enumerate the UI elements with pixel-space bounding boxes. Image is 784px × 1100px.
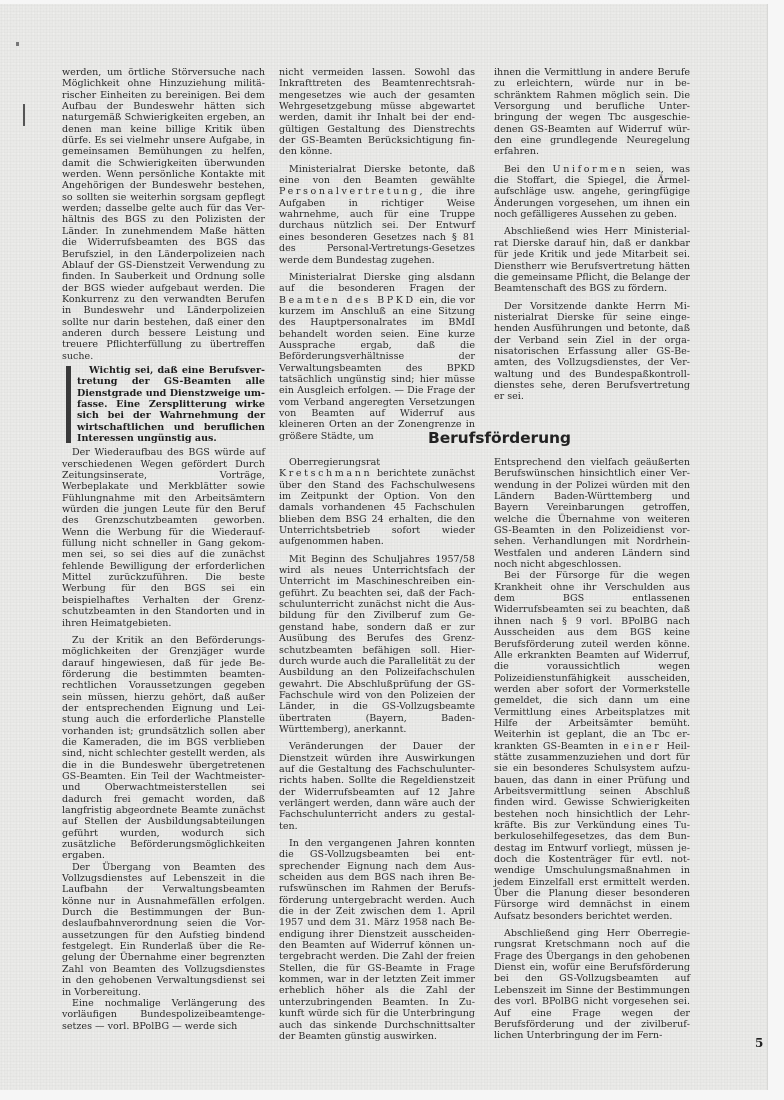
paragraph: nicht vermeiden lassen. Sowohl das Inkra… [279, 67, 475, 158]
paragraph: ihnen die Vermittlung in andere Be­rufe … [494, 67, 690, 158]
paragraph: Ministerialrat Dierske betonte, daß eine… [279, 164, 475, 266]
paragraph: Eine nochmalige Verlängerung des vorläuf… [62, 998, 265, 1032]
paragraph: Veränderungen der Dauer der Dienstzeit w… [279, 741, 475, 832]
text-run: , die ihre Auf­gaben in richtiger Weise … [279, 186, 475, 265]
paragraph: Abschließend ging Herr Oberregie­rungsra… [494, 928, 690, 1041]
text-run: Heil­stätte zusammenzuziehen und dort fü… [494, 741, 690, 922]
paragraph: Der Übergang von Beamten des Vollzugsdie… [62, 862, 265, 998]
scan-mark [23, 104, 25, 126]
emphasized-term: Uniformen [553, 164, 628, 175]
text-run: Bei den [504, 164, 553, 175]
document-page: werden, um örtliche Störversuche nach Mö… [0, 4, 767, 1090]
paragraph: Mit Beginn des Schuljahres 1957/58 wird … [279, 554, 475, 736]
middle-column-top: nicht vermeiden lassen. Sowohl das Inkra… [279, 67, 475, 442]
emphasized-term: einer [623, 741, 661, 752]
text-run: Oberregierungsrat [289, 457, 380, 468]
text-run: ein, die vor kur­zem im Anschluß an eine… [279, 295, 475, 442]
section-heading: Berufsförderung [428, 429, 571, 447]
paragraph: Der Wiederaufbau des BGS würde auf versc… [62, 447, 265, 629]
page-number: 5 [755, 1036, 763, 1050]
callout-bar [66, 366, 71, 443]
left-column: werden, um örtliche Störversuche nach Mö… [62, 67, 265, 1032]
emphasized-term: Kretschmann [279, 468, 372, 479]
paragraph: Bei der Fürsorge für die wegen Krank­hei… [494, 570, 690, 922]
paragraph: Der Vorsitzende dankte Herrn Mi­nisteria… [494, 301, 690, 403]
paragraph: Entsprechend den vielfach geäußerten Ber… [494, 457, 690, 570]
highlight-callout: Wichtig sei, daß eine Berufsver­tretung … [62, 365, 265, 444]
paragraph: Ministerialrat Dierske ging alsdann auf … [279, 272, 475, 442]
emphasized-term: Beamten des BPKD [279, 295, 416, 306]
section-right-column: Entsprechend den vielfach geäußerten Ber… [494, 457, 690, 1042]
text-run: Ministerialrat Dierske ging alsdann auf … [279, 272, 475, 294]
text-run: Bei der Fürsorge für die wegen Krank­hei… [494, 570, 690, 751]
paragraph: Zu der Kritik an den Beförderungs­möglic… [62, 635, 265, 862]
scan-mark [16, 42, 19, 46]
paragraph: Bei den Uniformen seien, was die Stoffar… [494, 164, 690, 221]
paragraph: In den vergangenen Jahren konn­ten die G… [279, 838, 475, 1042]
callout-text: Wichtig sei, daß eine Berufsver­tretung … [77, 365, 265, 444]
paragraph: Oberregierungsrat Kretschmann berichtete… [279, 457, 475, 548]
text-run: Ministerialrat Dierske betonte, daß eine… [279, 164, 475, 186]
paragraph: werden, um örtliche Störversuche nach Mö… [62, 67, 265, 362]
emphasized-term: Personalvertretung [279, 186, 419, 197]
right-column-top: ihnen die Vermittlung in andere Be­rufe … [494, 67, 690, 403]
text-run: berichtete zunächst über den Stand des F… [279, 468, 475, 547]
paragraph: Abschließend wies Herr Ministerial­rat D… [494, 226, 690, 294]
section-middle-column: Oberregierungsrat Kretschmann berichtete… [279, 457, 475, 1042]
